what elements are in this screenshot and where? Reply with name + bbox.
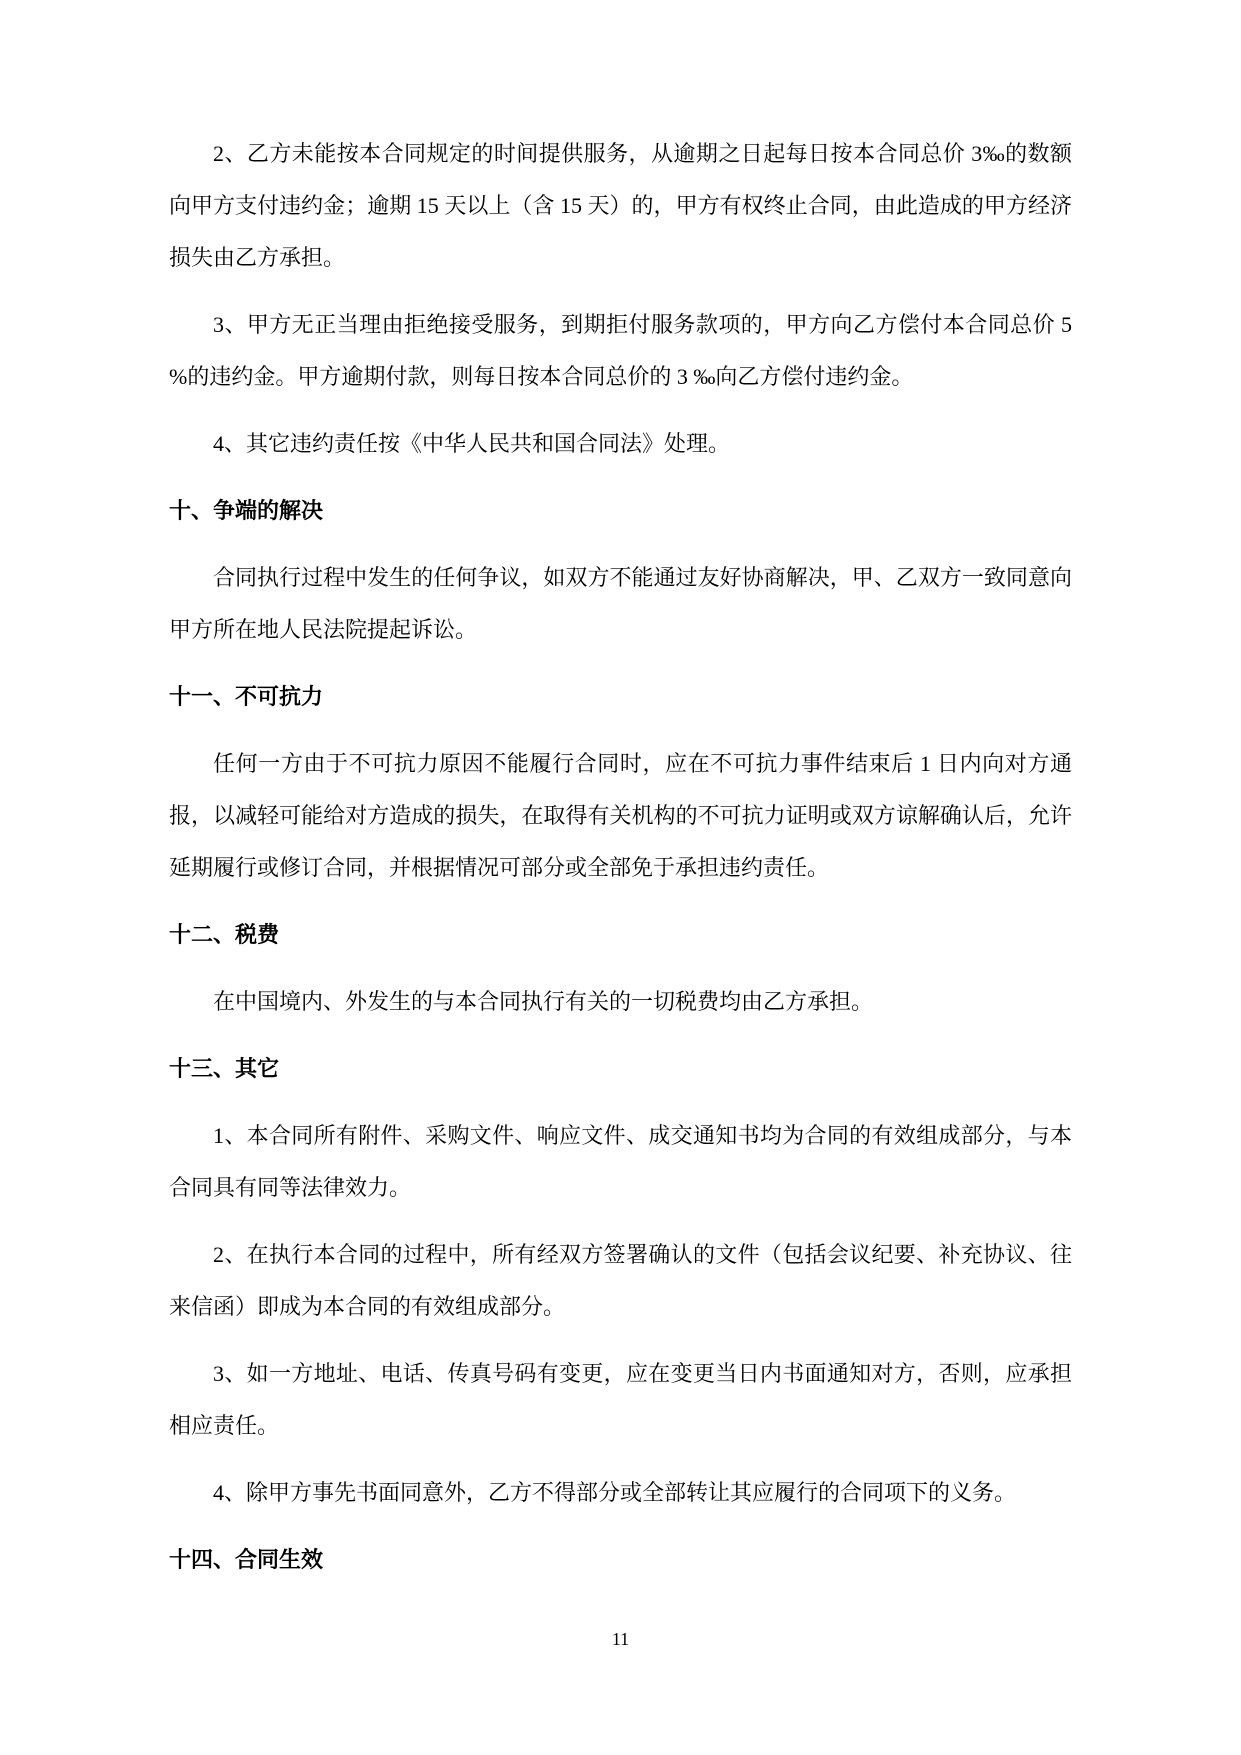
page-number: 11 — [0, 1628, 1241, 1650]
heading-contract-effectiveness: 十四、合同生效 — [169, 1534, 1072, 1586]
contract-document-page: 2、乙方未能按本合同规定的时间提供服务，从逾期之日起每日按本合同总价 3‰的数额… — [0, 0, 1241, 1755]
paragraph-breach-buyer: 3、甲方无正当理由拒绝接受服务，到期拒付服务款项的，甲方向乙方偿付本合同总价 5… — [169, 299, 1072, 403]
paragraph-other-liability: 4、其它违约责任按《中华人民共和国合同法》处理。 — [169, 418, 1072, 470]
heading-taxes: 十二、税费 — [169, 909, 1072, 961]
document-body: 2、乙方未能按本合同规定的时间提供服务，从逾期之日起每日按本合同总价 3‰的数额… — [169, 128, 1072, 1601]
paragraph-force-majeure: 任何一方由于不可抗力原因不能履行合同时，应在不可抗力事件结束后 1 日内向对方通… — [169, 738, 1072, 894]
heading-dispute-resolution: 十、争端的解决 — [169, 485, 1072, 537]
paragraph-dispute-resolution: 合同执行过程中发生的任何争议，如双方不能通过友好协商解决，甲、乙双方一致同意向甲… — [169, 552, 1072, 656]
paragraph-misc-item-3: 3、如一方地址、电话、传真号码有变更，应在变更当日内书面通知对方，否则，应承担相… — [169, 1348, 1072, 1452]
paragraph-misc-item-2: 2、在执行本合同的过程中，所有经双方签署确认的文件（包括会议纪要、补充协议、往来… — [169, 1229, 1072, 1333]
heading-force-majeure: 十一、不可抗力 — [169, 671, 1072, 723]
paragraph-breach-supplier: 2、乙方未能按本合同规定的时间提供服务，从逾期之日起每日按本合同总价 3‰的数额… — [169, 128, 1072, 284]
paragraph-taxes: 在中国境内、外发生的与本合同执行有关的一切税费均由乙方承担。 — [169, 976, 1072, 1028]
paragraph-misc-item-1: 1、本合同所有附件、采购文件、响应文件、成交通知书均为合同的有效组成部分，与本合… — [169, 1110, 1072, 1214]
paragraph-misc-item-4: 4、除甲方事先书面同意外，乙方不得部分或全部转让其应履行的合同项下的义务。 — [169, 1467, 1072, 1519]
heading-miscellaneous: 十三、其它 — [169, 1043, 1072, 1095]
